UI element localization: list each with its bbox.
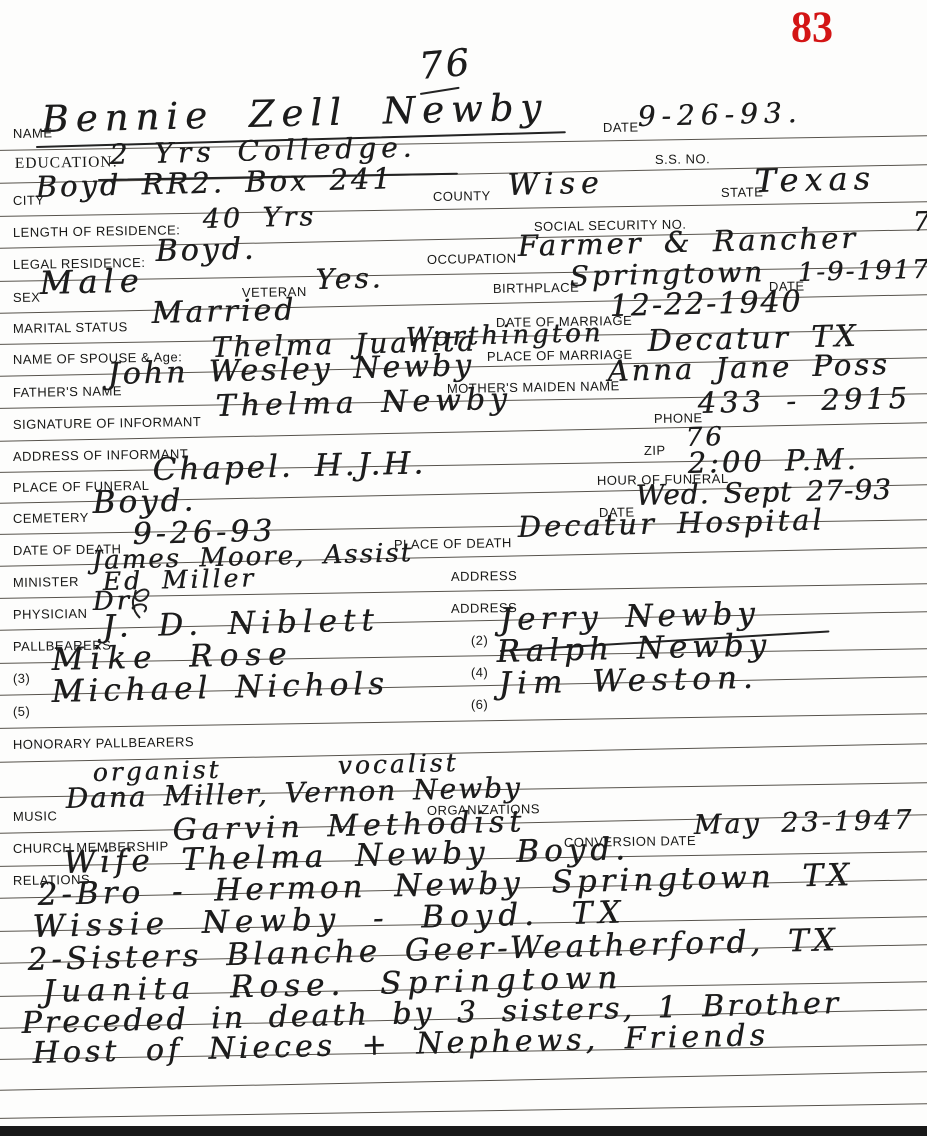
date-of-marriage-value: 12-22-1940 xyxy=(609,284,803,324)
page-number-red: 83 xyxy=(791,3,833,53)
marital-status-label: MARITAL STATUS xyxy=(13,319,128,336)
fathers-name-label: FATHER'S NAME xyxy=(13,383,122,400)
ruled-line xyxy=(0,1071,927,1091)
minister-label: MINISTER xyxy=(13,574,79,590)
signature-of-informant-label: SIGNATURE OF INFORMANT xyxy=(13,414,202,432)
ruled-line xyxy=(0,713,927,729)
county-value: Wise xyxy=(507,166,605,203)
pallbearer5-label: (5) xyxy=(13,704,31,719)
sex-value: Male xyxy=(39,261,145,302)
pallbearer6-value: Jim Weston. xyxy=(498,660,759,702)
pallbearer2-label: (2) xyxy=(471,633,489,648)
signature-of-informant-value: Thelma Newby xyxy=(215,382,512,424)
length-of-residence-value: 40 Yrs xyxy=(202,201,316,235)
zip-label: ZIP xyxy=(644,443,666,458)
honorary-pallbearers-label: HONORARY PALLBEARERS xyxy=(13,734,194,752)
date-label: DATE xyxy=(603,119,639,135)
phone-value: 433 - 2915 xyxy=(697,381,911,420)
pallbearer5-value: Michael Nichols xyxy=(51,666,389,710)
pallbearer3-label: (3) xyxy=(13,671,31,686)
conversion-date-value: May 23-1947 xyxy=(693,805,914,841)
state-value: Texas xyxy=(754,159,876,200)
sex-label: SEX xyxy=(13,290,41,305)
scan-edge-bar xyxy=(0,1126,927,1136)
birthplace-label: BIRTHPLACE xyxy=(493,280,580,296)
marital-status-value: Married xyxy=(151,292,297,331)
ss-no-label: S.S. NO. xyxy=(655,151,711,167)
minister-address-label: ADDRESS xyxy=(451,568,518,584)
music-label: MUSIC xyxy=(13,808,58,824)
funeral-record-sheet: 83 76 NAME Bennie Zell Newby DATE 9-26-9… xyxy=(0,0,927,1136)
cemetery-label: CEMETERY xyxy=(13,510,89,526)
pallbearer4-label: (4) xyxy=(471,665,489,680)
birth-date-value: 1-9-1917 xyxy=(797,255,927,288)
stray-ink-mark: 7 xyxy=(912,207,927,238)
ruled-line xyxy=(0,1103,927,1119)
place-of-death-value: Decatur Hospital xyxy=(517,503,825,544)
legal-residence-value: Boyd. xyxy=(155,232,257,269)
occupation-label: OCCUPATION xyxy=(427,251,517,267)
veteran-value: Yes. xyxy=(315,261,384,296)
county-label: COUNTY xyxy=(433,188,491,204)
date-value: 9-26-93. xyxy=(637,96,803,133)
pallbearer6-label: (6) xyxy=(471,697,489,712)
physician-label: PHYSICIAN xyxy=(13,606,88,622)
page-number-hand: 76 xyxy=(417,41,474,88)
